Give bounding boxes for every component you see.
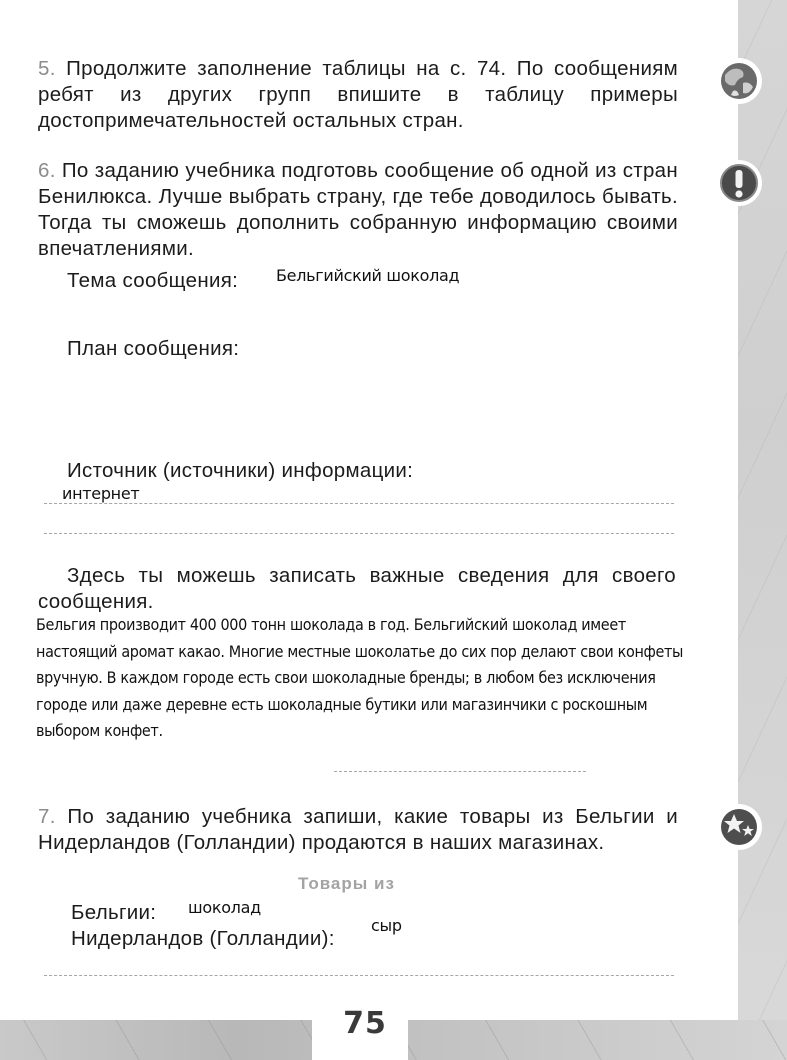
topic-label: Тема сообщения: — [67, 268, 238, 294]
globe-icon — [716, 58, 762, 104]
topic-answer[interactable]: Бельгийский шоколад — [276, 263, 459, 289]
answer-line — [44, 975, 674, 976]
page-number: 75 — [330, 1006, 400, 1041]
task-7: 7. По заданию учебника запиши, какие тов… — [38, 804, 678, 856]
answer-line — [44, 503, 674, 504]
answer-line — [44, 533, 674, 534]
netherlands-label: Нидерландов (Голландии): — [71, 926, 335, 952]
goods-heading: Товары из — [298, 874, 395, 894]
plan-answer[interactable] — [276, 336, 676, 436]
belgium-label: Бельгии: — [71, 900, 156, 926]
task-6: 6. По заданию учебника подготовь сообщен… — [38, 158, 678, 262]
notes-label: Здесь ты можешь записать важные сведения… — [38, 563, 676, 615]
task-6-number: 6. — [38, 159, 56, 182]
task-5-text: Продолжите заполнение таблицы на с. 74. … — [38, 57, 678, 132]
exclamation-icon — [716, 160, 762, 206]
task-7-number: 7. — [38, 805, 56, 828]
belgium-answer[interactable]: шоколад — [188, 895, 261, 921]
answer-line — [334, 771, 586, 772]
netherlands-answer[interactable]: сыр — [371, 913, 402, 939]
notes-answer[interactable]: Бельгия производит 400 000 тонн шоколада… — [36, 612, 696, 745]
plan-label: План сообщения: — [67, 336, 239, 362]
stars-globe-icon — [716, 804, 762, 850]
task-7-text: По заданию учебника запиши, какие товары… — [38, 805, 678, 854]
task-5: 5. Продолжите заполнение таблицы на с. 7… — [38, 56, 678, 134]
right-margin-decoration — [738, 0, 787, 1060]
task-5-number: 5. — [38, 57, 56, 80]
task-6-text: По заданию учебника подготовь сообщение … — [38, 159, 678, 260]
